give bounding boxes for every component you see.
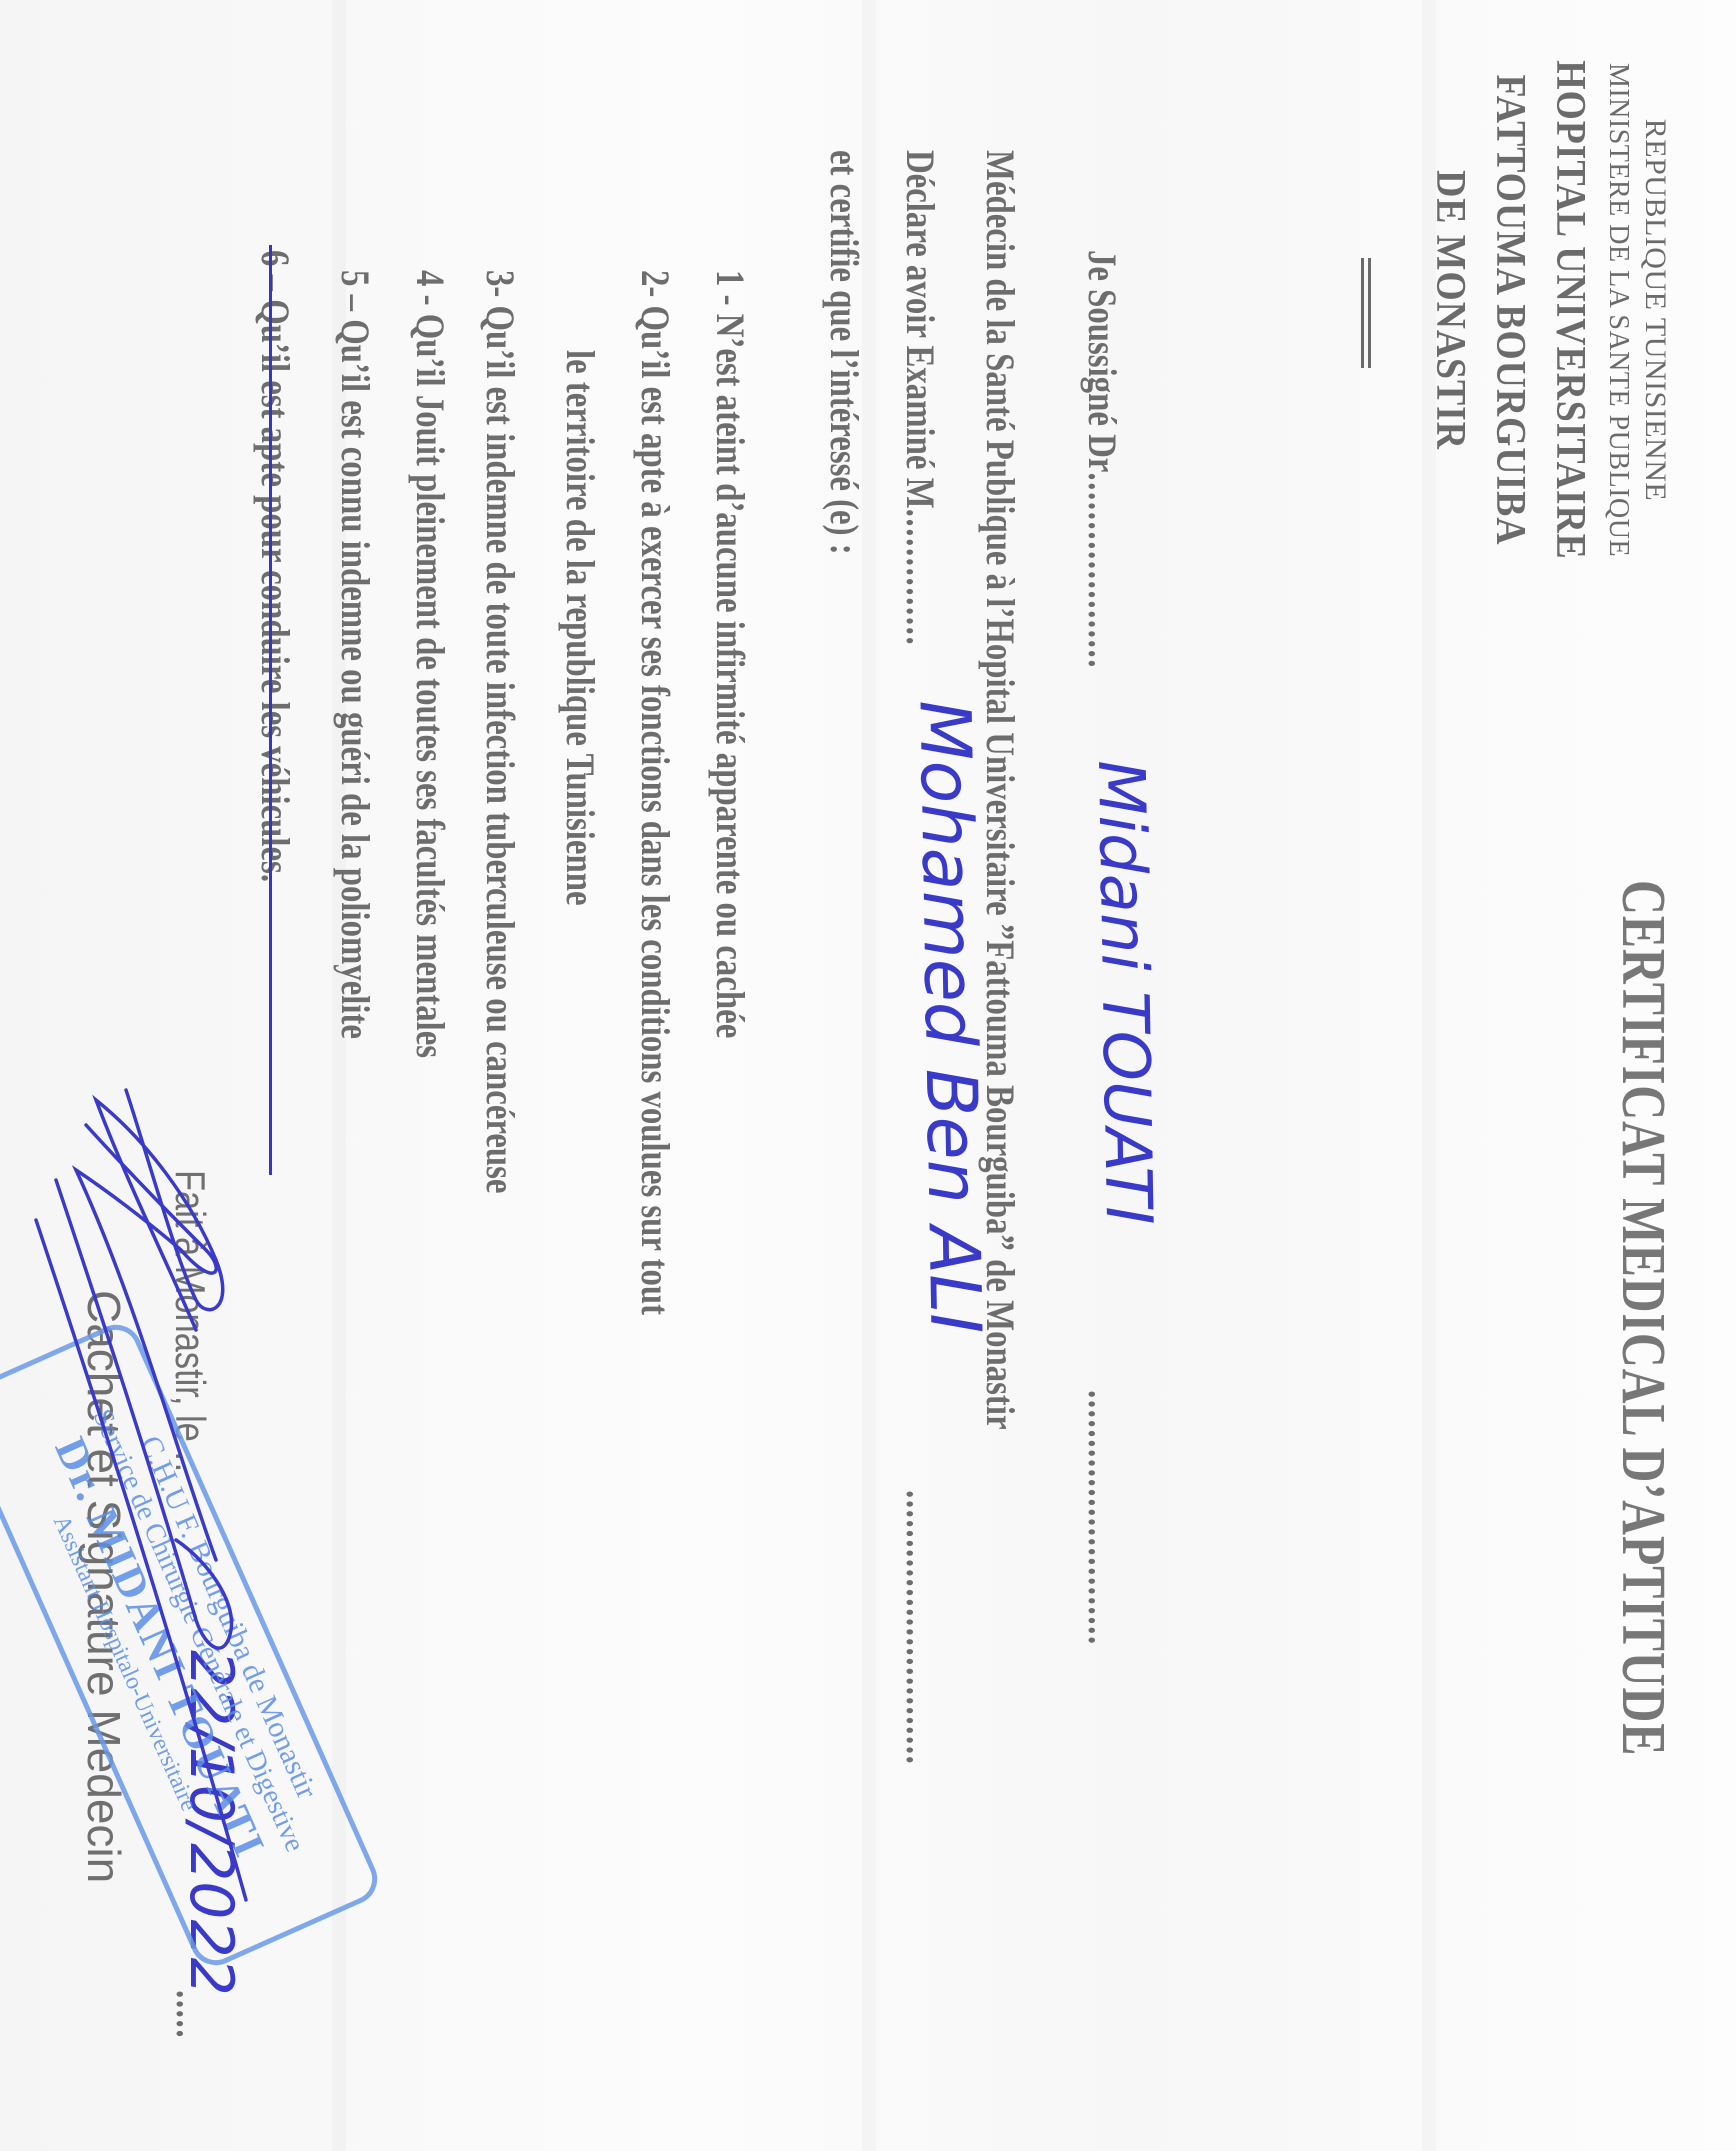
doctor-name-field: Midani TOUATI <box>1083 759 1165 1225</box>
header-hospital-line2: FATTOUMA BOURGUIBA <box>1486 31 1534 589</box>
medical-certificate-page: REPUBLIQUE TUNISIENNE MINISTERE DE LA SA… <box>0 0 1736 2151</box>
header-double-underline <box>1361 258 1371 368</box>
item-3: 3- Qu’il est indemne de toute infection … <box>477 270 524 1193</box>
declare-line: Déclare avoir Examiné M.............. <box>897 150 944 646</box>
item-2: 2- Qu’il est apte à exercer ses fonction… <box>632 270 679 1315</box>
soussigne-line: Je Soussigné Dr.................... <box>1079 250 1126 669</box>
header-hospital-line1: HOPITAL UNIVERSITAIRE <box>1546 31 1594 589</box>
header-hospital-line3: DE MONASTIR <box>1426 31 1474 589</box>
patient-name-field: Mohamed Ben ALI <box>903 699 996 1334</box>
item-6-struck: 6 – Qu’il est apte pour conduire les véh… <box>252 250 299 882</box>
declare-label: Déclare avoir Examiné M <box>898 150 943 509</box>
soussigne-dots: .................... <box>1080 472 1125 669</box>
certifie-line: et certifie que l’intéressé (e) : <box>821 150 868 555</box>
strikethrough-line <box>269 245 272 1175</box>
soussigne-dots-after: .......................... <box>1079 1390 1126 1646</box>
document-title: CERTIFICAT MEDICAL D’APTITUDE <box>1607 880 1678 1756</box>
header-ministry: MINISTERE DE LA SANTE PUBLIQUE <box>1602 0 1634 620</box>
soussigne-label: Je Soussigné Dr <box>1080 250 1125 472</box>
declare-dots: .............. <box>898 509 943 647</box>
item-1: 1 - N’est ateint d’aucune infirmité appa… <box>707 270 754 1038</box>
declare-dots-after: ............................ <box>897 1490 944 1766</box>
item-2-continued: le territoire de la republique Tunisienn… <box>557 350 604 906</box>
item-5: 5 – Qu’il est connu indemne ou guéri de … <box>332 270 379 1039</box>
date-dots-after: ..... <box>167 1990 214 2039</box>
header-country: REPUBLIQUE TUNISIENNE <box>1638 0 1672 620</box>
item-4: 4 - Qu’il Jouit pleinement de toutes ses… <box>407 270 454 1058</box>
fait-label: Fait à Monastir, le <box>167 1170 214 1442</box>
